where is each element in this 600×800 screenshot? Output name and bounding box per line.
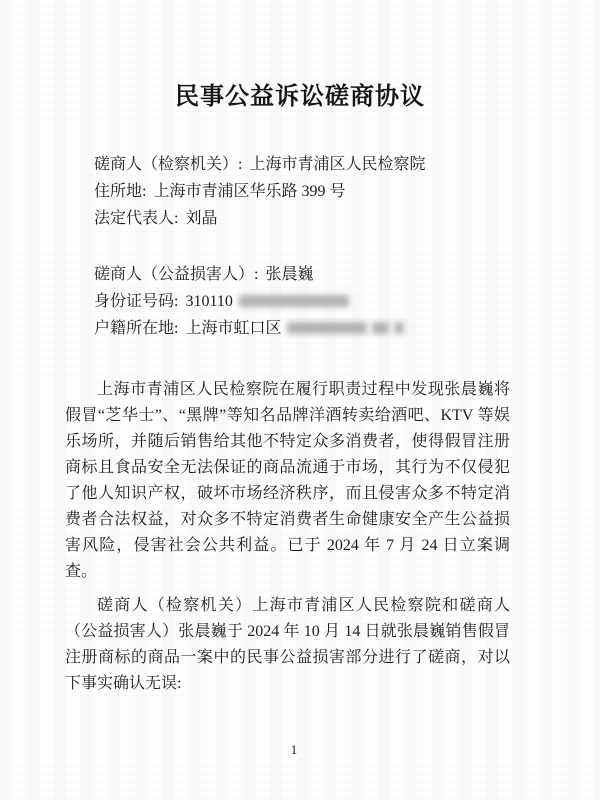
prosecutor-address-line: 住所地:上海市青浦区华乐路 399 号 bbox=[94, 178, 425, 205]
case-facts-paragraph: 上海市青浦区人民检察院在履行职责过程中发现张晨巍将假冒“芝华士”、“黑牌”等知名… bbox=[65, 377, 510, 585]
respondent-role-line: 磋商人（公益损害人）:张晨巍 bbox=[94, 261, 404, 288]
id-number-label: 身份证号码: bbox=[94, 293, 178, 310]
redacted-address-part-1 bbox=[287, 322, 367, 334]
document-title: 民事公益诉讼磋商协议 bbox=[0, 82, 600, 112]
prosecutor-info-block: 磋商人（检察机关）:上海市青浦区人民检察院 住所地:上海市青浦区华乐路 399 … bbox=[94, 151, 425, 232]
residence-line: 户籍所在地:上海市虹口区 bbox=[94, 315, 404, 342]
redacted-address-part-3 bbox=[394, 322, 404, 334]
legal-representative-line: 法定代表人:刘晶 bbox=[94, 205, 425, 232]
scanned-document-page: 民事公益诉讼磋商协议 磋商人（检察机关）:上海市青浦区人民检察院 住所地:上海市… bbox=[0, 0, 600, 800]
page-number: 1 bbox=[0, 742, 588, 758]
consultation-statement-paragraph: 磋商人（检察机关）上海市青浦区人民检察院和磋商人（公益损害人）张晨巍于 2024… bbox=[65, 593, 510, 697]
document-body: 上海市青浦区人民检察院在履行职责过程中发现张晨巍将假冒“芝华士”、“黑牌”等知名… bbox=[65, 377, 510, 697]
respondent-name: 张晨巍 bbox=[265, 266, 313, 283]
id-number-line: 身份证号码:310110 bbox=[94, 288, 404, 315]
prosecutor-role-line: 磋商人（检察机关）:上海市青浦区人民检察院 bbox=[94, 151, 425, 178]
prosecutor-address-value: 上海市青浦区华乐路 399 号 bbox=[153, 183, 345, 200]
respondent-role-label: 磋商人（公益损害人）: bbox=[94, 266, 258, 283]
id-number-visible-digits: 310110 bbox=[185, 293, 232, 310]
redacted-address-part-2 bbox=[372, 322, 389, 334]
prosecutor-address-label: 住所地: bbox=[94, 183, 146, 200]
legal-representative-value: 刘晶 bbox=[185, 210, 217, 227]
legal-representative-label: 法定代表人: bbox=[94, 210, 178, 227]
redacted-id-number bbox=[239, 295, 349, 307]
respondent-info-block: 磋商人（公益损害人）:张晨巍 身份证号码:310110 户籍所在地:上海市虹口区 bbox=[94, 261, 404, 342]
prosecutor-name: 上海市青浦区人民检察院 bbox=[249, 156, 425, 173]
residence-label: 户籍所在地: bbox=[94, 320, 178, 337]
residence-visible-value: 上海市虹口区 bbox=[185, 320, 281, 337]
prosecutor-role-label: 磋商人（检察机关）: bbox=[94, 156, 242, 173]
